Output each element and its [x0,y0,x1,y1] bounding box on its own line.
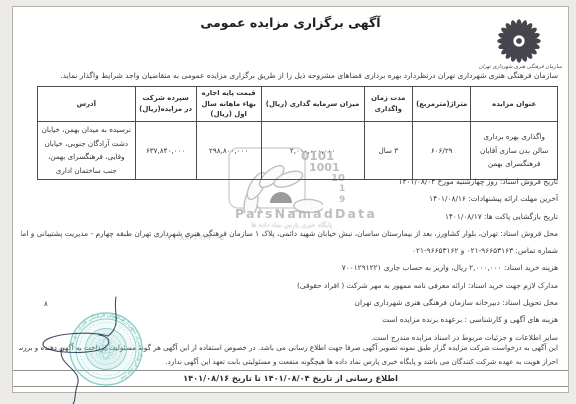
intro-paragraph: سازمان فرهنگی هنری شهرداری تهران درنظردا… [13,71,568,80]
cell-area: ۶۰۶/۲۹ [413,122,471,180]
cell-investment: ۲,۰۰۰,۰۰۰,۰۰۰ [261,122,364,180]
cell-base-rent: ۲۹۸,۸۰۰,۰۰۰ [196,122,261,180]
detail-line: تاریخ بازگشایی پاکت ها: ۱۴۰۱/۰۸/۱۷ [21,208,558,225]
organization-rosette-logo-icon [497,19,541,63]
table-row: واگذاری بهره برداری سالن بدن سازی آقایان… [38,122,558,180]
disclaimer-section: این آگهی به درخواست شرکت مزایده گزار طبق… [19,341,558,369]
footer-note: اطلاع رسانی از تاریخ ۱۴۰۱/۰۸/۰۴ تا تاریخ… [13,373,568,383]
document-page: 0101 1001 10 1 9 ParsNamadData پایگاه خب… [12,6,569,393]
header-deposit: سپرده شرکت در مزایده(ریال) [135,87,196,122]
cell-deposit: ۶۳۷,۸۴۰,۰۰۰ [135,122,196,180]
header-address: آدرس [38,87,136,122]
detail-line: محل تحویل اسناد: دبیرخانه سازمان فرهنگی … [21,294,558,311]
header-area: متراژ(مترمربع) [413,87,471,122]
footer-divider [13,370,568,371]
detail-line: محل فروش اسناد: تهران، بلوار کشاورز، بعد… [21,225,558,242]
cell-address: نرسیده به میدان بهمن، خیابان دشت آزادگان… [38,122,136,180]
disclaimer-line: این آگهی به درخواست شرکت مزایده گزار طبق… [19,341,558,355]
detail-line: مدارک لازم جهت خرید اسناد: ارائه معرفی ن… [21,277,558,294]
detail-line: هزینه خرید اسناد: ۲,۰۰۰,۰۰۰ ریال، واریز … [21,259,558,276]
header-investment: میزان سرمایه گذاری (ریال) [261,87,364,122]
disclaimer-line: احراز هویت به عهده شرکت کنندگان می باشد … [19,355,558,369]
logo-caption-text: سازمان فرهنگی هنری شهرداری تهران [479,64,562,70]
cell-auction-title: واگذاری بهره برداری سالن بدن سازی آقایان… [471,122,558,180]
detail-line: هزینه های آگهی و کارشناسی : برعهده برنده… [21,311,558,328]
header-base-rent: قیمت پایه اجاره بهاء ماهانه سال اول (ریا… [196,87,261,122]
detail-line: شماره تماس: ‪۰۲۱-۹۶۶۵۳۱۶۳‬ و ‪۰۲۱-۹۶۶۵۳۱… [21,242,558,259]
page-title: آگهی برگزاری مزایده عمومی [13,15,568,30]
detail-line: تاریخ فروش اسناد: روز چهارشنبه مورخ ۱۴۰۱… [21,173,558,190]
details-section: تاریخ فروش اسناد: روز چهارشنبه مورخ ۱۴۰۱… [21,173,558,346]
header-auction-title: عنوان مزایده [471,87,558,122]
header-duration: مدت زمان واگذاری [364,87,413,122]
auction-table: عنوان مزایده متراژ(مترمربع) مدت زمان واگ… [37,86,558,180]
detail-line: آخرین مهلت ارائه پیشنهادات: ۱۴۰۱/۰۸/۱۶ [21,190,558,207]
table-header-row: عنوان مزایده متراژ(مترمربع) مدت زمان واگ… [38,87,558,122]
cell-duration: ۳ سال [364,122,413,180]
handwritten-mark: ۸ [44,300,48,308]
footer-divider [13,386,568,387]
